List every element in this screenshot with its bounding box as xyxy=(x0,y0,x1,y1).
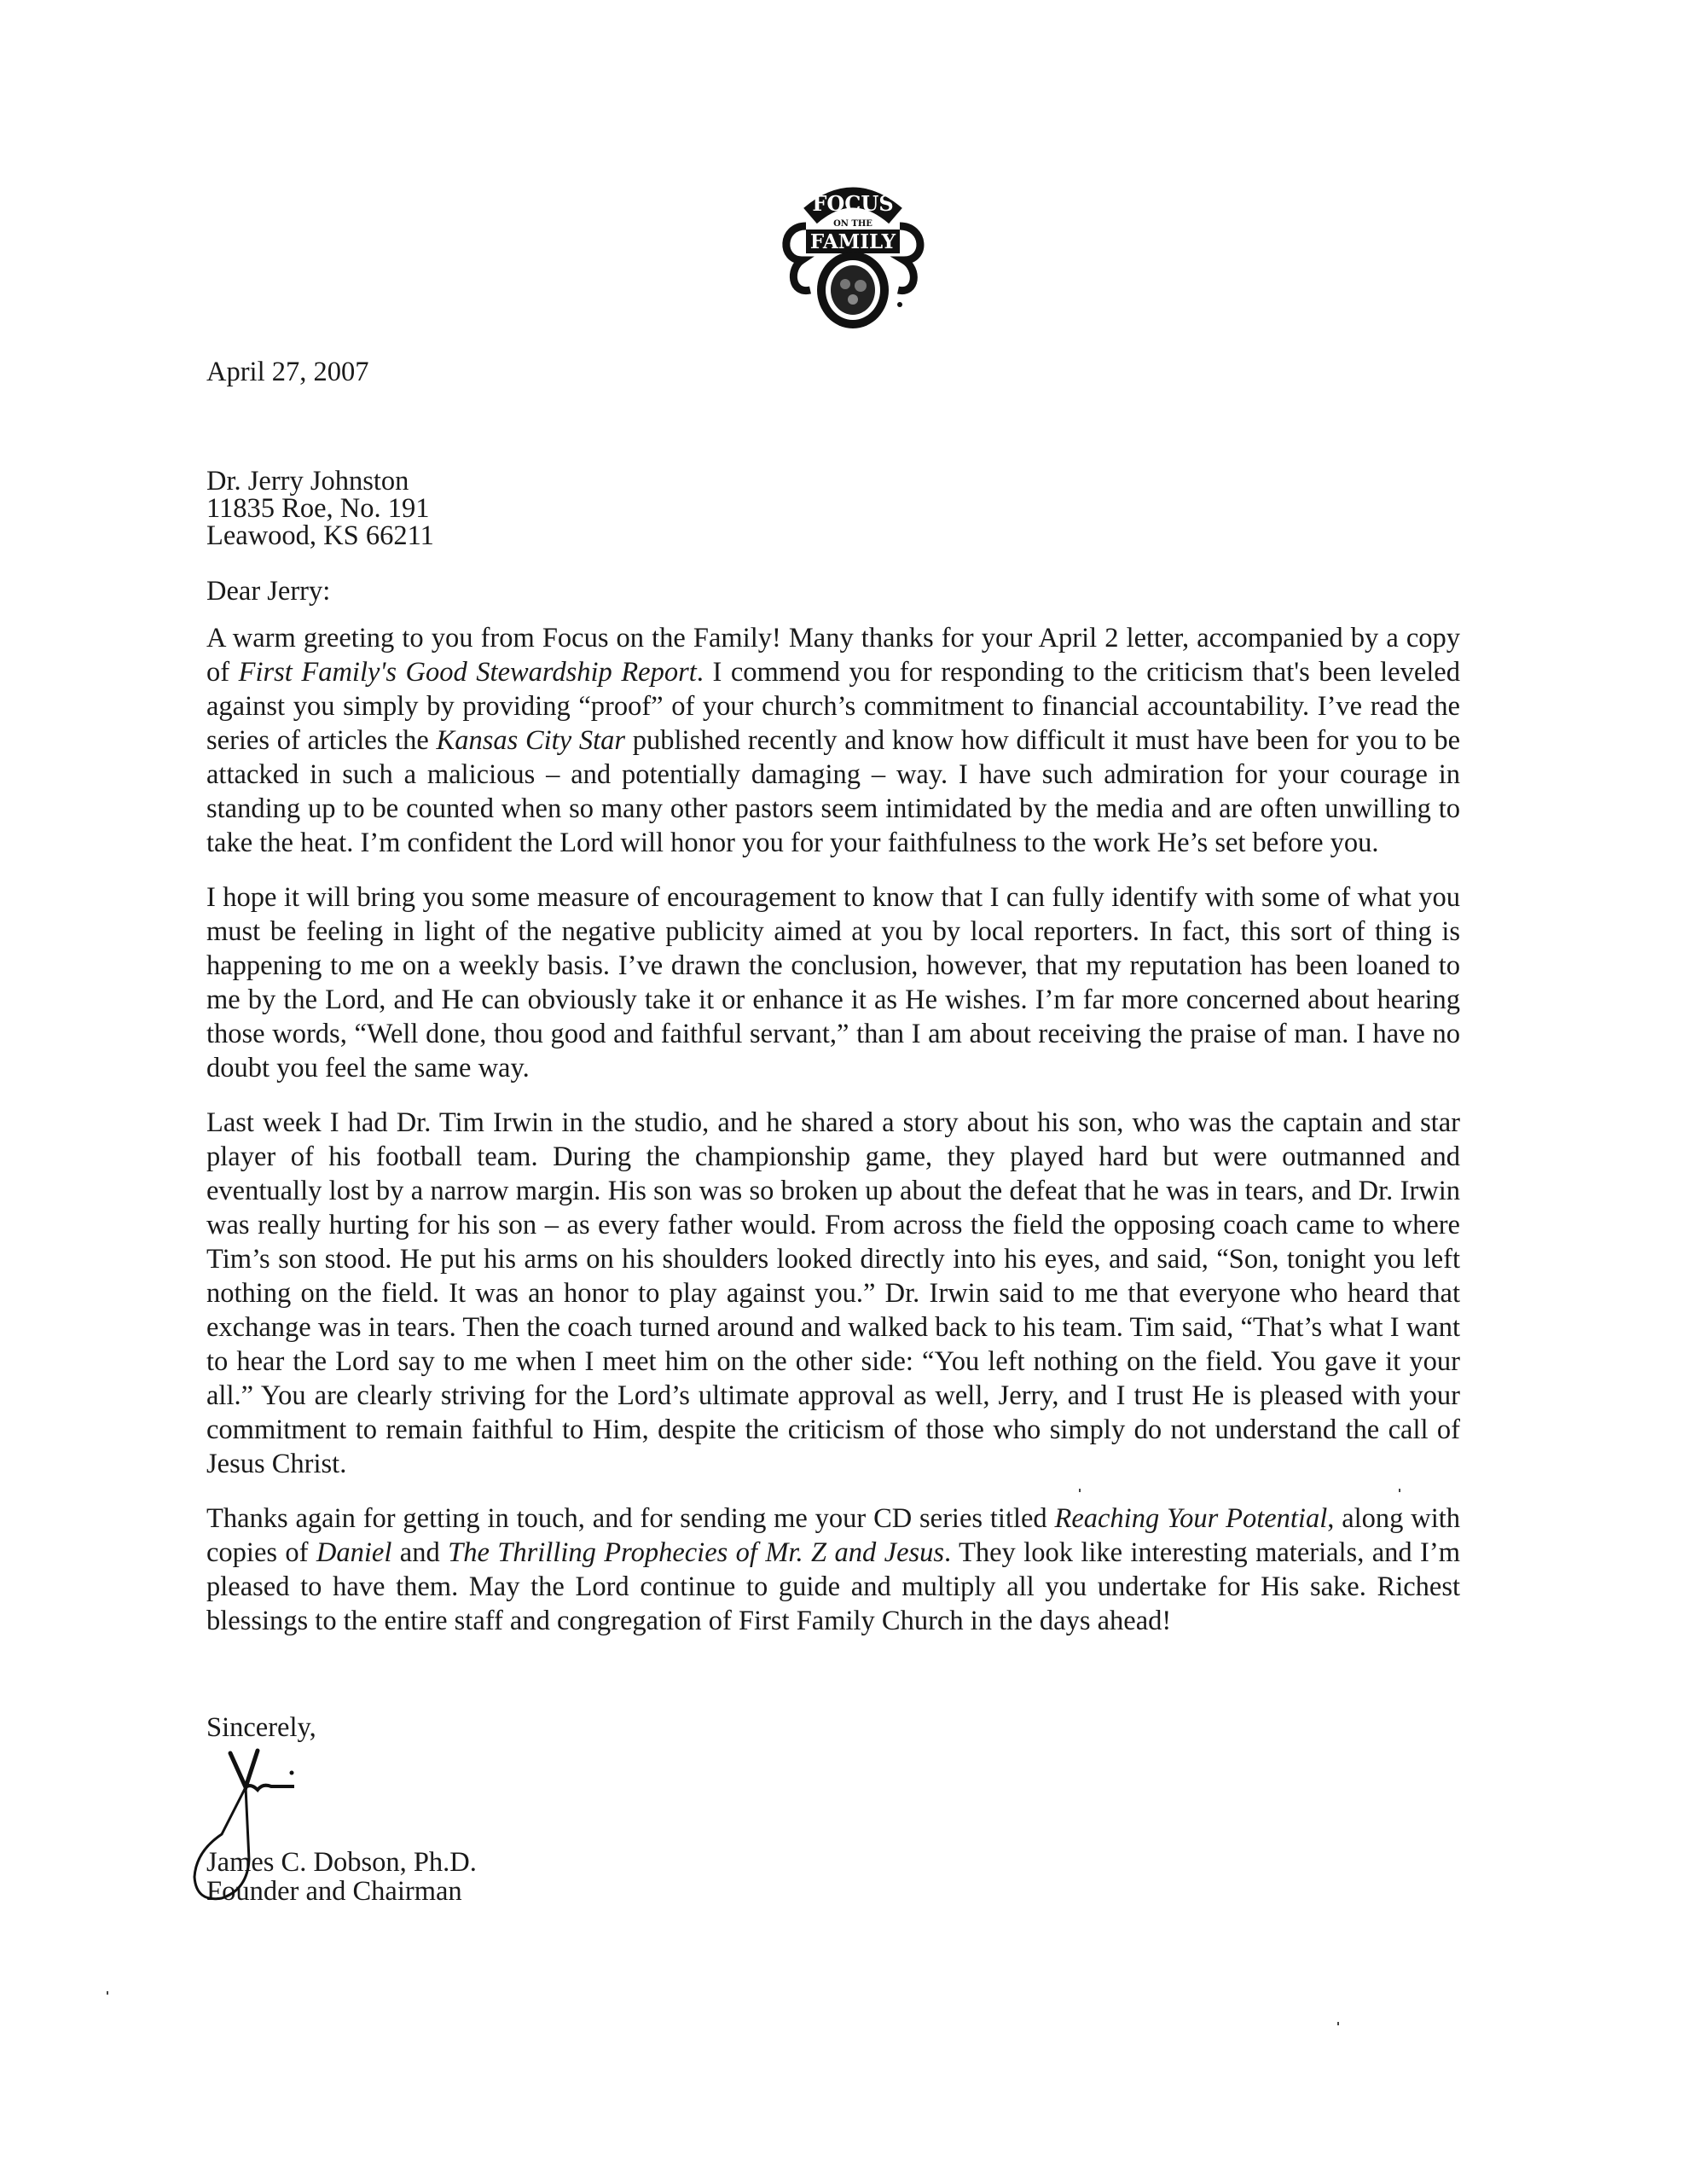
paragraph-text: I hope it will bring you some measure of… xyxy=(206,882,1460,1083)
recipient-address: Dr. Jerry Johnston 11835 Roe, No. 191 Le… xyxy=(206,468,434,549)
body-paragraph: Thanks again for getting in touch, and f… xyxy=(206,1501,1460,1638)
handwritten-signature-icon xyxy=(179,1740,307,1911)
logo-text-family: FAMILY xyxy=(810,230,896,253)
body-paragraph: Last week I had Dr. Tim Irwin in the stu… xyxy=(206,1106,1460,1481)
paragraph-text: Last week I had Dr. Tim Irwin in the stu… xyxy=(206,1107,1460,1479)
recipient-address-line2: Leawood, KS 66211 xyxy=(206,522,434,549)
italic-title: Kansas City Star xyxy=(437,725,626,756)
body-paragraph: I hope it will bring you some measure of… xyxy=(206,880,1460,1085)
italic-title: Daniel xyxy=(316,1537,391,1568)
scan-speck xyxy=(1337,2022,1339,2025)
scan-speck xyxy=(1399,1489,1400,1492)
paragraph-text: Thanks again for getting in touch, and f… xyxy=(206,1503,1054,1534)
logo-text-focus: FOCUS xyxy=(812,191,893,216)
letter-body: A warm greeting to you from Focus on the… xyxy=(206,621,1460,1658)
salutation: Dear Jerry: xyxy=(206,574,330,608)
logo-text-on-the: ON THE xyxy=(833,219,872,229)
body-paragraph: A warm greeting to you from Focus on the… xyxy=(206,621,1460,860)
paragraph-text: and xyxy=(391,1537,448,1568)
scan-speck xyxy=(1079,1489,1081,1492)
closing: Sincerely, xyxy=(206,1711,316,1745)
italic-title: The Thrilling Prophecies of Mr. Z and Je… xyxy=(448,1537,944,1568)
letter-date: April 27, 2007 xyxy=(206,355,368,389)
recipient-address-line1: 11835 Roe, No. 191 xyxy=(206,495,434,522)
italic-title: First Family's Good Stewardship Report xyxy=(239,657,697,688)
focus-on-the-family-logo-icon: FOCUS ON THE FAMILY xyxy=(772,175,934,337)
scan-speck xyxy=(107,1991,108,1995)
recipient-name: Dr. Jerry Johnston xyxy=(206,468,434,495)
italic-title: Reaching Your Potential xyxy=(1054,1503,1327,1534)
